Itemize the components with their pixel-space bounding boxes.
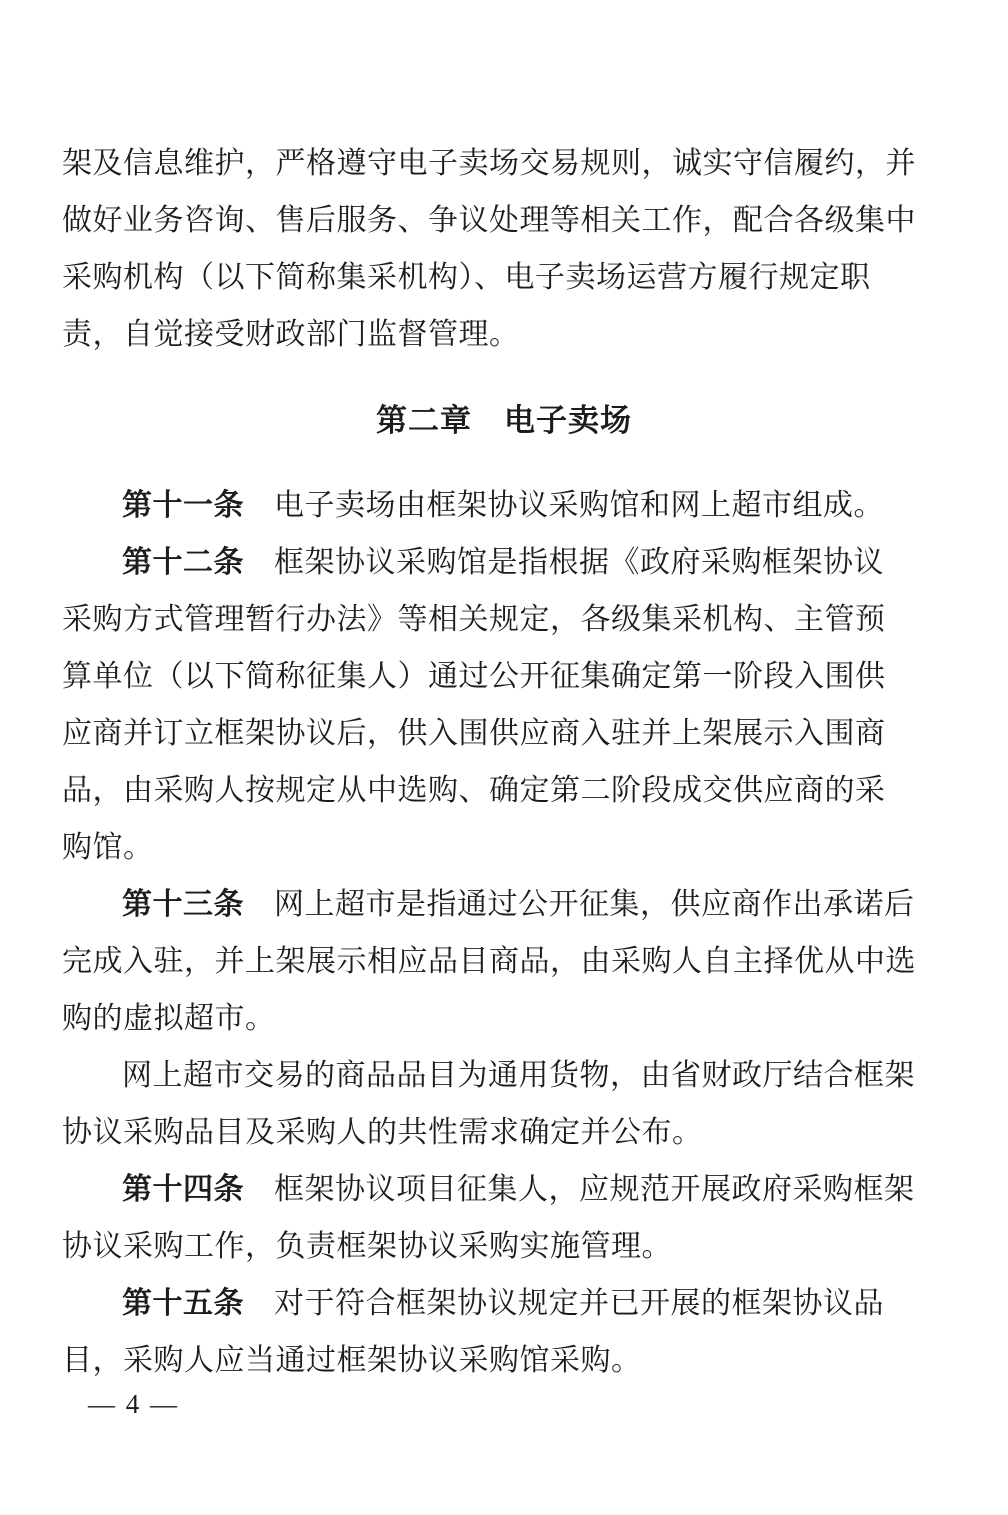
article-number-label: 第十四条 <box>122 1173 244 1206</box>
chapter-heading: 第二章 电子卖场 <box>62 392 946 449</box>
text-line: 购馆。 <box>62 819 946 876</box>
article-number-label: 第十五条 <box>122 1287 244 1320</box>
text-line: 品，由采购人按规定从中选购、确定第二阶段成交供应商的采 <box>62 762 946 819</box>
article-text: 电子卖场由框架协议采购馆和网上超市组成。 <box>274 489 884 522</box>
article-text: 网上超市是指通过公开征集，供应商作出承诺后 <box>274 888 915 921</box>
text-line: 网上超市交易的商品品目为通用货物，由省财政厅结合框架 <box>62 1047 946 1104</box>
article-number-label: 第十一条 <box>122 489 244 522</box>
article-number-label: 第十二条 <box>122 546 244 579</box>
article-text: 框架协议采购馆是指根据《政府采购框架协议 <box>274 546 884 579</box>
text-line: 做好业务咨询、售后服务、争议处理等相关工作，配合各级集中 <box>62 192 946 249</box>
text-line: 应商并订立框架协议后，供入围供应商入驻并上架展示入围商 <box>62 705 946 762</box>
text-line: 采购机构（以下简称集采机构）、电子卖场运营方履行规定职 <box>62 249 946 306</box>
document-page: 架及信息维护，严格遵守电子卖场交易规则，诚实守信履约，并 做好业务咨询、售后服务… <box>0 0 1008 1515</box>
text-line: 目，采购人应当通过框架协议采购馆采购。 <box>62 1332 946 1389</box>
article-number-label: 第十三条 <box>122 888 244 921</box>
article-line: 第十一条电子卖场由框架协议采购馆和网上超市组成。 <box>62 477 946 534</box>
text-line: 责，自觉接受财政部门监督管理。 <box>62 306 946 363</box>
article-line: 第十二条框架协议采购馆是指根据《政府采购框架协议 <box>62 534 946 591</box>
article-text: 对于符合框架协议规定并已开展的框架协议品 <box>274 1287 884 1320</box>
text-line: 购的虚拟超市。 <box>62 990 946 1047</box>
text-line: 完成入驻，并上架展示相应品目商品，由采购人自主择优从中选 <box>62 933 946 990</box>
text-line: 架及信息维护，严格遵守电子卖场交易规则，诚实守信履约，并 <box>62 135 946 192</box>
text-line: 协议采购工作，负责框架协议采购实施管理。 <box>62 1218 946 1275</box>
article-line: 第十五条对于符合框架协议规定并已开展的框架协议品 <box>62 1275 946 1332</box>
article-line: 第十三条网上超市是指通过公开征集，供应商作出承诺后 <box>62 876 946 933</box>
text-line: 算单位（以下简称征集人）通过公开征集确定第一阶段入围供 <box>62 648 946 705</box>
document-body: 架及信息维护，严格遵守电子卖场交易规则，诚实守信履约，并 做好业务咨询、售后服务… <box>62 135 946 1389</box>
article-text: 框架协议项目征集人，应规范开展政府采购框架 <box>274 1173 915 1206</box>
article-line: 第十四条框架协议项目征集人，应规范开展政府采购框架 <box>62 1161 946 1218</box>
page-number: — 4 — <box>88 1384 179 1424</box>
text-line: 采购方式管理暂行办法》等相关规定，各级集采机构、主管预 <box>62 591 946 648</box>
text-line: 协议采购品目及采购人的共性需求确定并公布。 <box>62 1104 946 1161</box>
